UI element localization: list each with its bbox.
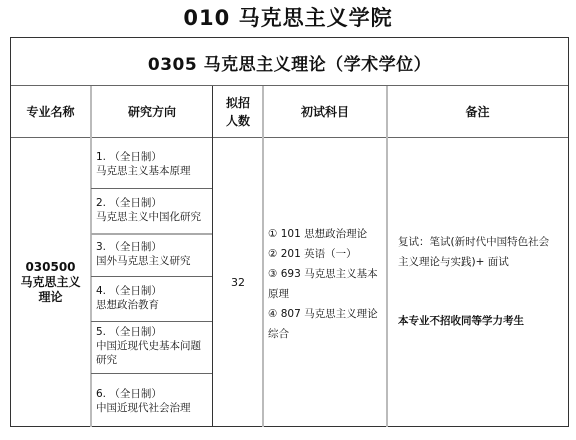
exam-subject-item: ③ 693 马克思主义基本 (268, 264, 386, 284)
exam-subject-item: ④ 807 马克思主义理论 (268, 304, 386, 324)
direction-name-cont: 研究 (96, 353, 212, 367)
direction-mode: 1. （全日制） (96, 150, 212, 164)
direction-mode: 4. （全日制） (96, 284, 212, 298)
direction-mode: 6. （全日制） (96, 387, 212, 401)
divider (91, 188, 212, 189)
remarks-retest: 复试：笔试(新时代中国特色社会 主义理论与实践)+ 面试 (388, 232, 568, 272)
major-name-line2: 理论 (38, 290, 62, 305)
header-quota-line1: 拟招 (226, 94, 250, 112)
header-direction: 研究方向 (91, 86, 213, 137)
direction-mode: 2. （全日制） (96, 196, 212, 210)
divider (91, 276, 212, 277)
divider (91, 373, 212, 374)
divider (91, 321, 212, 322)
header-exam: 初试科目 (263, 86, 387, 137)
quota-value: 32 (213, 138, 263, 427)
direction-mode: 3. （全日制） (96, 240, 212, 254)
exam-subject-item-cont: 原理 (268, 284, 386, 304)
direction-name: 马克思主义中国化研究 (96, 210, 212, 224)
divider (11, 137, 568, 138)
direction-item-3: 3. （全日制） 国外马克思主义研究 (92, 240, 212, 268)
exam-subject-item-cont: 综合 (268, 324, 386, 344)
major-cell: 030500 马克思主义 理论 (11, 138, 90, 427)
header-quota: 拟招 人数 (213, 86, 263, 137)
divider (91, 233, 212, 235)
exam-subject-item: ② 201 英语（一） (268, 244, 386, 264)
exam-subjects: ① 101 思想政治理论 ② 201 英语（一） ③ 693 马克思主义基本 原… (264, 224, 386, 344)
admissions-table: 0305 马克思主义理论（学术学位） 专业名称 研究方向 拟招 人数 初试科目 … (10, 37, 569, 427)
remarks-note-text: 本专业不招收同等学力考生 (398, 311, 568, 331)
exam-subject-item: ① 101 思想政治理论 (268, 224, 386, 244)
major-name-line1: 马克思主义 (20, 275, 80, 290)
direction-name: 中国近现代社会治理 (96, 401, 212, 415)
header-remarks: 备注 (387, 86, 568, 137)
header-major: 专业名称 (11, 86, 90, 137)
direction-item-2: 2. （全日制） 马克思主义中国化研究 (92, 196, 212, 224)
direction-name: 马克思主义基本原理 (96, 164, 212, 178)
table-subtitle: 0305 马克思主义理论（学术学位） (11, 38, 568, 86)
direction-item-4: 4. （全日制） 思想政治教育 (92, 284, 212, 312)
remarks-retest-line1: 复试：笔试(新时代中国特色社会 (398, 232, 568, 252)
page-title: 010 马克思主义学院 (0, 4, 576, 32)
direction-item-6: 6. （全日制） 中国近现代社会治理 (92, 387, 212, 415)
remarks-note: 本专业不招收同等学力考生 (388, 311, 568, 331)
major-code: 030500 (25, 260, 75, 275)
direction-name: 中国近现代史基本问题 (96, 339, 212, 353)
header-quota-line2: 人数 (226, 112, 250, 130)
direction-name: 国外马克思主义研究 (96, 254, 212, 268)
remarks-retest-line2: 主义理论与实践)+ 面试 (398, 252, 568, 272)
direction-name: 思想政治教育 (96, 298, 212, 312)
direction-mode: 5. （全日制） (96, 325, 212, 339)
direction-item-5: 5. （全日制） 中国近现代史基本问题 研究 (92, 325, 212, 367)
direction-item-1: 1. （全日制） 马克思主义基本原理 (92, 150, 212, 178)
